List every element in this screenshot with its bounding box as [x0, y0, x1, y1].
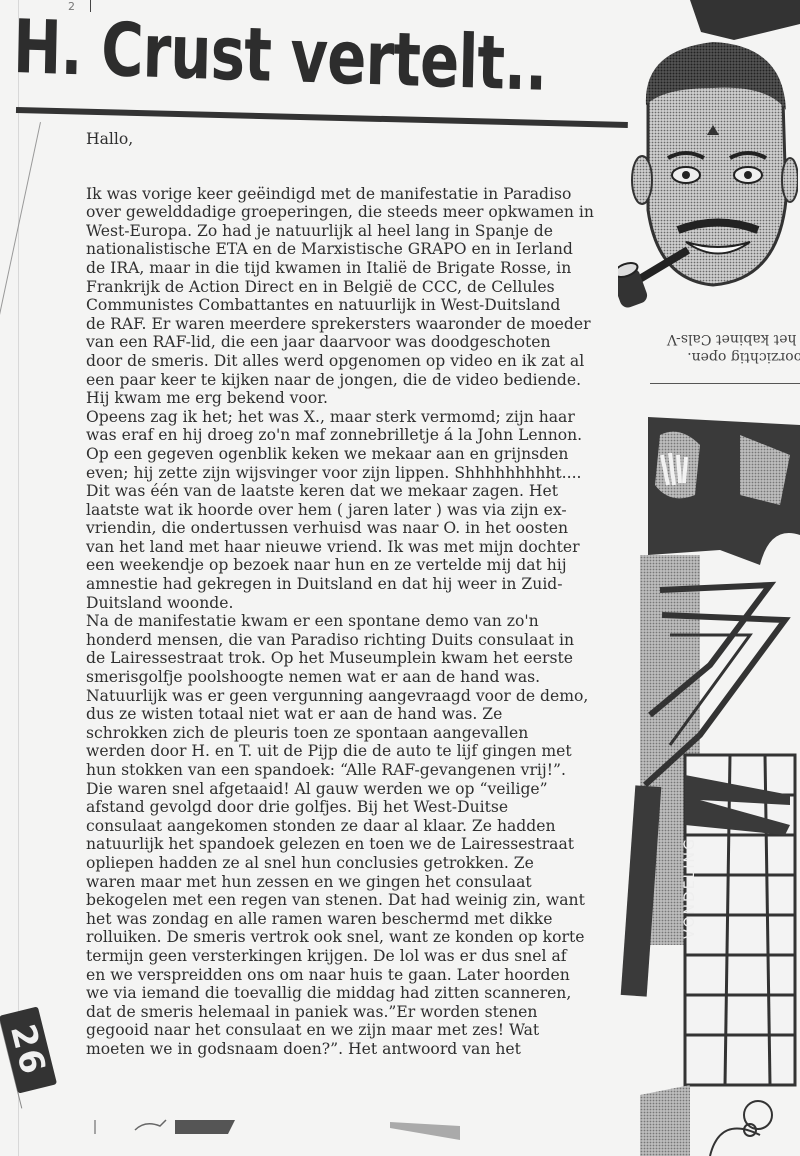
fragment-line: n het kabinet Cals-V	[650, 330, 800, 348]
margin-rule	[18, 0, 19, 1156]
caricature-portrait-icon	[618, 30, 798, 310]
page-title: H. Crust vertelt..	[12, 10, 547, 102]
street-sign-label: VONDELING	[682, 808, 698, 968]
fragment-line: voorzichtig open.	[650, 348, 800, 366]
article-paragraph: Opeens zag ik het; het was X., maar ster…	[86, 408, 631, 613]
fragment-rule	[650, 383, 800, 384]
column-divider	[0, 122, 41, 377]
comic-illustration-icon	[640, 415, 800, 1156]
page-number: 26	[2, 1020, 53, 1079]
headline-underline	[16, 107, 628, 128]
page-number-badge: 26	[0, 1006, 57, 1093]
article-body: Hallo, Ik was vorige keer geëindigd met …	[86, 130, 631, 1059]
footer-scraps-icon	[60, 1118, 560, 1142]
greeting: Hallo,	[86, 130, 631, 149]
article-paragraph: Ik was vorige keer geëindigd met de mani…	[86, 185, 631, 408]
adjacent-page-fragment: voorzichtig open. n het kabinet Cals-V	[650, 330, 800, 366]
scanned-magazine-page: 2 H. Crust vertelt..	[0, 0, 800, 1156]
article-paragraph: Na de manifestatie kwam er een spontane …	[86, 612, 631, 1058]
